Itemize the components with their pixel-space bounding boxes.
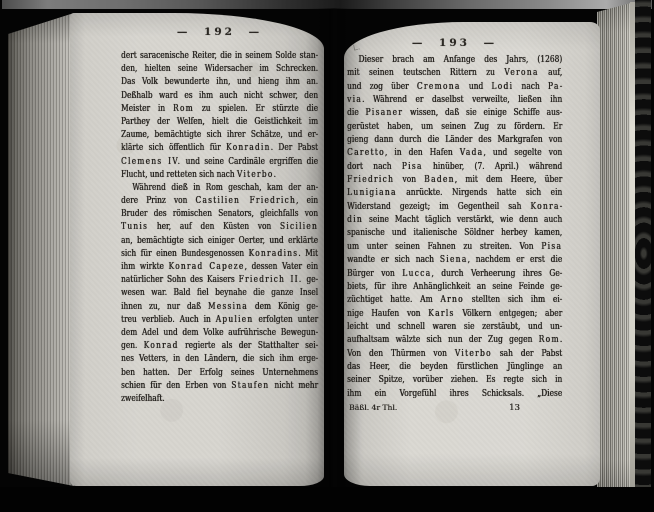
left-page-text: dert saracenische Reiter, die in seinem …: [121, 49, 318, 405]
text-line: Friedrich von Baden, mit dem Heere, über: [347, 173, 562, 186]
text-line: Bruder des römischen Senators, gleichfal…: [121, 207, 318, 220]
text-line: Von den Thürmen von Viterbo sah der Pabs…: [347, 347, 562, 360]
text-line: und zog über Cremona und Lodi nach Pa-: [347, 80, 562, 93]
text-line: gieng dann durch die Länder des Markgraf…: [347, 133, 562, 146]
text-line: Meister in Rom zu spielen. Er stürzte di…: [121, 102, 318, 115]
left-page: — 192 — dert saracenische Reiter, die in…: [70, 13, 324, 486]
text-line: gerüstet haben, um seinen Zug zu fördern…: [347, 120, 562, 133]
text-line: Flucht, und retteten sich nach Viterbo.: [121, 168, 318, 181]
text-line: dem Adel und dem Volke aufrührische Bewe…: [121, 326, 318, 339]
text-line: dort nach Pisa hinüber, (7. April.) währ…: [347, 160, 562, 173]
signature-line: Bäßl. 4r Thl. 13: [349, 403, 569, 412]
text-line: die Pisaner wissen, daß sie einige Schif…: [347, 106, 562, 119]
text-line: ihm ein Vorgefühl ihres Schicksals. „Die…: [347, 387, 562, 400]
text-line: ihnen zu, nur daß Messina dem König ge-: [121, 300, 318, 313]
text-line: ihm wirkte Konrad Capeze, dessen Vater e…: [121, 260, 318, 273]
book-top-edge: [2, 0, 652, 9]
text-line: nes Vetters, in den Ländern, die sich ih…: [121, 352, 318, 365]
text-line: wandte er sich nach Siena, nachdem er er…: [347, 253, 562, 266]
text-line: natürlicher Sohn des Kaisers Friedrich I…: [121, 273, 318, 286]
text-line: Dieser brach am Anfange des Jahrs, (1268…: [347, 53, 562, 66]
text-line: via. Während er daselbst verweilte, ließ…: [347, 93, 562, 106]
text-line: dere Prinz von Castilien Friedrich, ein: [121, 194, 318, 207]
text-line: Das Volk bewunderte ihn, und hieng ihm a…: [121, 75, 318, 88]
text-line: Clemens IV. und seine Cardinäle ergriffe…: [121, 155, 318, 168]
text-line: Zaume, bemächtigte sich ihrer Schätze, u…: [121, 128, 318, 141]
left-page-header: — 192 —: [121, 26, 318, 38]
text-line: zweifelhaft.: [121, 392, 318, 405]
text-line: Caretto, in den Hafen Vada, und segelte …: [347, 146, 562, 159]
text-line: Parthey der Welfen, hielt die Geistlichk…: [121, 115, 318, 128]
text-line: schien für den Erben von Staufen nicht m…: [121, 379, 318, 392]
text-line: treu verblieb. Auch in Apulien erfolgten…: [121, 313, 318, 326]
text-line: Bürger von Lucca, durch Verheerung ihres…: [347, 267, 562, 280]
left-page-stack-edge: [8, 10, 74, 486]
signature-abbreviation: Bäßl. 4r Thl.: [349, 403, 397, 412]
text-line: Deßhalb ward es ihm auch nicht schwer, d…: [121, 89, 318, 102]
text-line: nige Haufen von Karls Völkern entgegen; …: [347, 307, 562, 320]
text-line: leicht und schnell waren sie zerstäubt, …: [347, 320, 562, 333]
right-page-header: — 193 —: [347, 37, 562, 49]
text-line: züchtiget hatte. Am Arno stellten sich i…: [347, 293, 562, 306]
text-line: seiner Spitze, vorüber ziehen. Es regte …: [347, 373, 562, 386]
text-line: biets, für ihre Anhänglichkeit an seine …: [347, 280, 562, 293]
text-line: Lunigiana anrückte. Nirgends hatte sich …: [347, 186, 562, 199]
book-photo: — 192 — dert saracenische Reiter, die in…: [0, 0, 654, 512]
sheet-number: 13: [509, 403, 520, 413]
text-line: klärte sich öffentlich für Konradin. Der…: [121, 141, 318, 154]
text-line: gen. Konrad regierte als der Statthalter…: [121, 339, 318, 352]
text-line: ben hatten. Der Erfolg seines Unternehme…: [121, 366, 318, 379]
right-page-text: Dieser brach am Anfange des Jahrs, (1268…: [347, 53, 562, 400]
text-line: dert saracenische Reiter, die in seinem …: [121, 49, 318, 62]
right-page: — 193 — L. Dieser brach am Anfange des J…: [344, 22, 600, 486]
text-line: sich für einen Bundesgenossen Konradins.…: [121, 247, 318, 260]
book-back-cover: [635, 0, 651, 507]
text-line: din seine Macht täglich verstärkt, wie d…: [347, 213, 562, 226]
right-page-stack-edge: [597, 3, 631, 500]
text-line: spanische und italienische Söldner herbe…: [347, 226, 562, 239]
text-line: Tunis her, auf den Küsten von Sicilien: [121, 220, 318, 233]
text-line: wesen war. Bald fiel beynahe die ganze I…: [121, 286, 318, 299]
text-line: das Heer, die beyden fürstlichen Jünglin…: [347, 360, 562, 373]
text-line: Widerstand gezeigt; im Gegentheil sah Ko…: [347, 200, 562, 213]
text-line: an, bemächtigte sich einiger Oerter, und…: [121, 234, 318, 247]
text-line: Während dieß in Rom geschah, kam der an-: [121, 181, 318, 194]
text-line: aufhaltsam wälzte sich nun der Zug gegen…: [347, 333, 562, 346]
text-line: um unter seinen Fahnen zu streiten. Von …: [347, 240, 562, 253]
background-shadow: [0, 487, 654, 512]
text-line: den, hielten seine Widersacher im Schrec…: [121, 62, 318, 75]
text-line: mit seinen teutschen Rittern zu Verona a…: [347, 66, 562, 79]
